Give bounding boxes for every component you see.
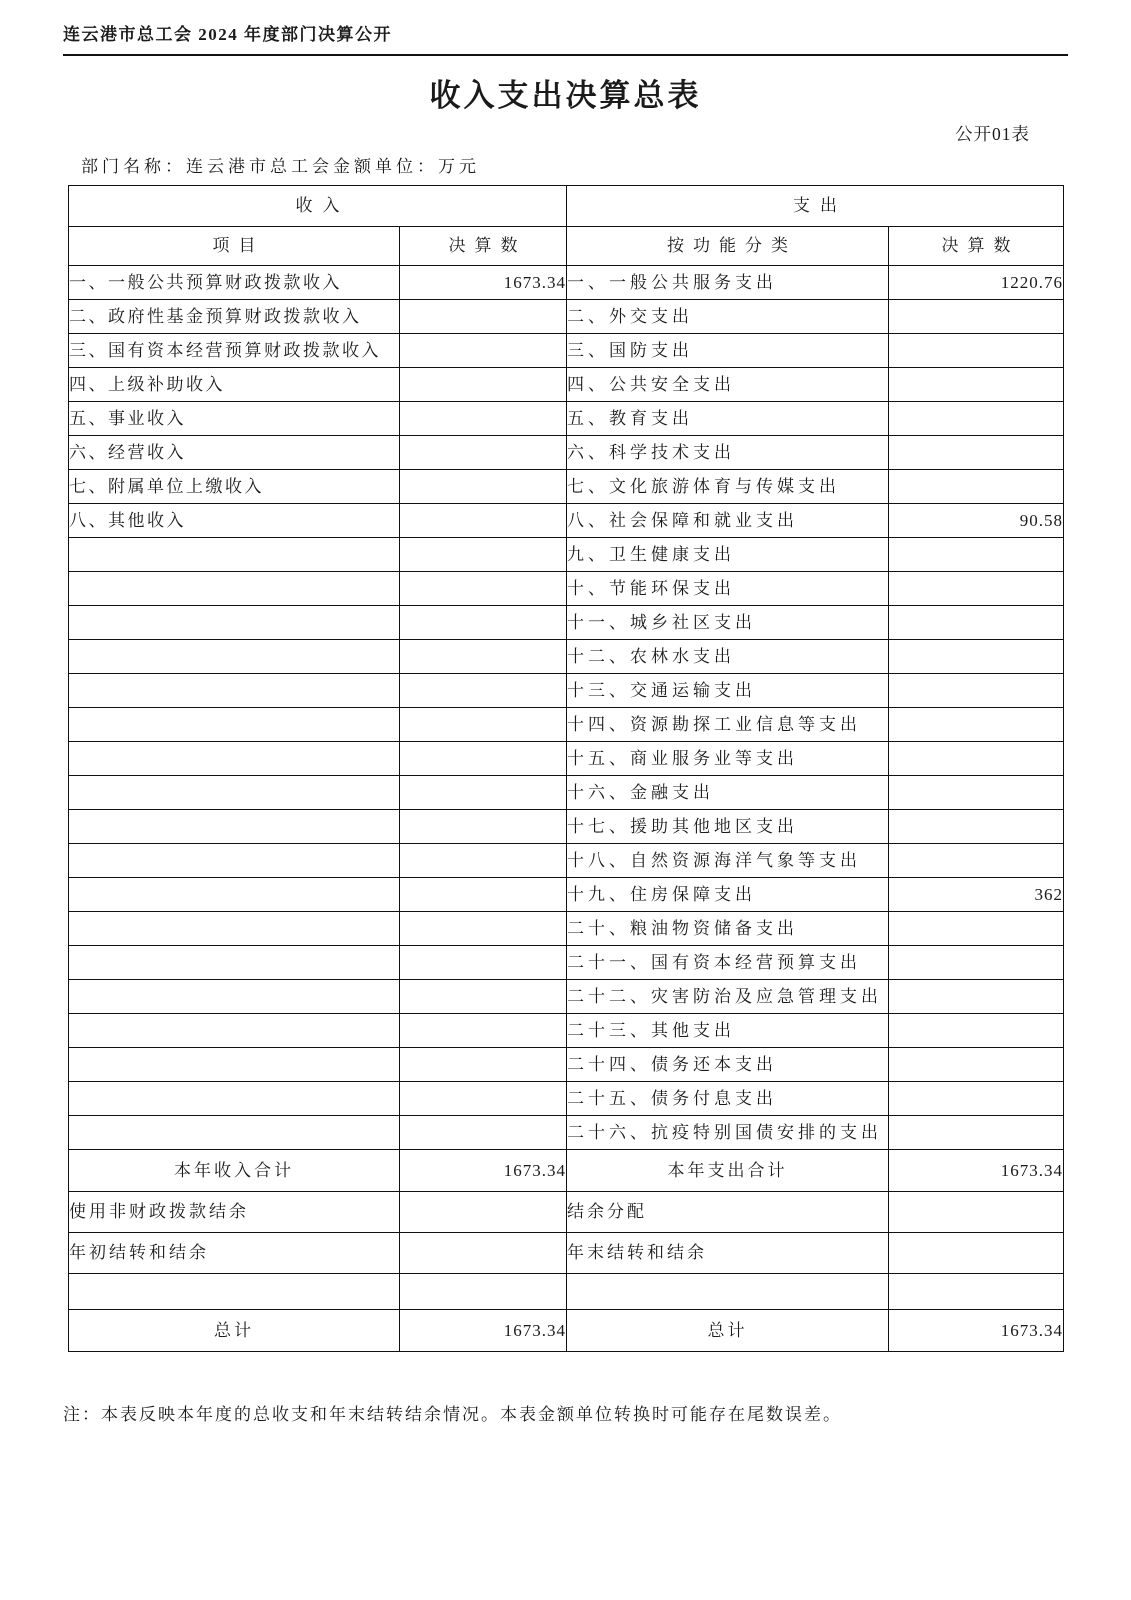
grand-total-expense-label: 总计 [567, 1310, 889, 1352]
table-row: 十六、金融支出 [69, 776, 1064, 810]
expense-item-cell: 十四、资源勘探工业信息等支出 [567, 708, 889, 742]
table-totals: 本年收入合计 1673.34 本年支出合计 1673.34 使用非财政拨款结余 … [69, 1150, 1064, 1352]
surplus-allocation-value [889, 1192, 1064, 1233]
expense-value-cell [889, 1014, 1064, 1048]
income-value-cell [400, 572, 567, 606]
expense-item-cell: 二十二、灾害防治及应急管理支出 [567, 980, 889, 1014]
income-item-cell: 四、上级补助收入 [69, 368, 400, 402]
expense-item-cell: 十七、援助其他地区支出 [567, 810, 889, 844]
expense-item-cell: 七、文化旅游体育与传媒支出 [567, 470, 889, 504]
table-number: 公开01表 [955, 121, 1030, 146]
income-value-cell: 1673.34 [400, 266, 567, 300]
expense-value-cell [889, 572, 1064, 606]
expense-item-cell: 十九、住房保障支出 [567, 878, 889, 912]
expense-total-value: 1673.34 [889, 1150, 1064, 1192]
page-header-text: 连云港市总工会 2024 年度部门决算公开 [63, 25, 392, 44]
table-row: 十一、城乡社区支出 [69, 606, 1064, 640]
table-row: 十八、自然资源海洋气象等支出 [69, 844, 1064, 878]
table-row: 二十五、债务付息支出 [69, 1082, 1064, 1116]
begin-balance-value [400, 1233, 567, 1274]
begin-balance-label: 年初结转和结余 [69, 1233, 400, 1274]
income-item-cell [69, 878, 400, 912]
expense-item-cell: 十五、商业服务业等支出 [567, 742, 889, 776]
expense-item-cell: 三、国防支出 [567, 334, 889, 368]
table-row: 十四、资源勘探工业信息等支出 [69, 708, 1064, 742]
expense-value-cell [889, 402, 1064, 436]
expense-value-cell [889, 980, 1064, 1014]
income-value-cell [400, 402, 567, 436]
expense-value-cell [889, 1116, 1064, 1150]
expense-item-cell: 十八、自然资源海洋气象等支出 [567, 844, 889, 878]
income-value-cell [400, 776, 567, 810]
footnote: 注：本表反映本年度的总收支和年末结转结余情况。本表金额单位转换时可能存在尾数误差… [63, 1400, 1073, 1425]
income-item-cell [69, 708, 400, 742]
income-item-cell: 三、国有资本经营预算财政拨款收入 [69, 334, 400, 368]
expense-value-cell: 362 [889, 878, 1064, 912]
annual-total-row: 本年收入合计 1673.34 本年支出合计 1673.34 [69, 1150, 1064, 1192]
non-fiscal-surplus-value [400, 1192, 567, 1233]
income-item-cell [69, 606, 400, 640]
table-body: 一、一般公共预算财政拨款收入1673.34一、一般公共服务支出1220.76二、… [69, 266, 1064, 1150]
col-header-income-value: 决算数 [400, 227, 567, 266]
table-row: 二十六、抗疫特别国债安排的支出 [69, 1116, 1064, 1150]
page-header: 连云港市总工会 2024 年度部门决算公开 [63, 20, 1068, 56]
income-item-cell [69, 640, 400, 674]
income-value-cell [400, 946, 567, 980]
table-row: 十、节能环保支出 [69, 572, 1064, 606]
expense-item-cell: 二、外交支出 [567, 300, 889, 334]
income-value-cell [400, 1082, 567, 1116]
section-header-row: 收入 支出 [69, 186, 1064, 227]
expense-value-cell [889, 1048, 1064, 1082]
table-row: 四、上级补助收入四、公共安全支出 [69, 368, 1064, 402]
expense-value-cell [889, 708, 1064, 742]
empty-cell [400, 1274, 567, 1310]
table-row: 二十三、其他支出 [69, 1014, 1064, 1048]
table-row: 五、事业收入五、教育支出 [69, 402, 1064, 436]
surplus-row: 使用非财政拨款结余 结余分配 [69, 1192, 1064, 1233]
table-row: 八、其他收入八、社会保障和就业支出90.58 [69, 504, 1064, 538]
empty-cell [69, 1274, 400, 1310]
expense-value-cell [889, 946, 1064, 980]
income-value-cell [400, 640, 567, 674]
income-value-cell [400, 844, 567, 878]
expense-item-cell: 二十六、抗疫特别国债安排的支出 [567, 1116, 889, 1150]
expense-item-cell: 二十五、债务付息支出 [567, 1082, 889, 1116]
income-item-cell [69, 844, 400, 878]
expense-value-cell [889, 810, 1064, 844]
expense-item-cell: 十二、农林水支出 [567, 640, 889, 674]
income-total-label: 本年收入合计 [69, 1150, 400, 1192]
expense-value-cell [889, 912, 1064, 946]
income-value-cell [400, 810, 567, 844]
income-value-cell [400, 1014, 567, 1048]
non-fiscal-surplus-label: 使用非财政拨款结余 [69, 1192, 400, 1233]
grand-total-expense-value: 1673.34 [889, 1310, 1064, 1352]
balance-row: 年初结转和结余 年末结转和结余 [69, 1233, 1064, 1274]
income-item-cell: 五、事业收入 [69, 402, 400, 436]
expense-value-cell [889, 1082, 1064, 1116]
income-item-cell: 二、政府性基金预算财政拨款收入 [69, 300, 400, 334]
income-item-cell [69, 810, 400, 844]
col-header-expense-value: 决算数 [889, 227, 1064, 266]
table-row: 十二、农林水支出 [69, 640, 1064, 674]
income-item-cell: 六、经营收入 [69, 436, 400, 470]
expense-value-cell [889, 470, 1064, 504]
income-item-cell [69, 742, 400, 776]
expense-value-cell [889, 368, 1064, 402]
end-balance-value [889, 1233, 1064, 1274]
expense-item-cell: 二十一、国有资本经营预算支出 [567, 946, 889, 980]
income-value-cell [400, 470, 567, 504]
expense-item-cell: 八、社会保障和就业支出 [567, 504, 889, 538]
expense-value-cell [889, 436, 1064, 470]
expense-total-label: 本年支出合计 [567, 1150, 889, 1192]
grand-total-income-label: 总计 [69, 1310, 400, 1352]
expense-value-cell [889, 538, 1064, 572]
column-header-row: 项目 决算数 按功能分类 决算数 [69, 227, 1064, 266]
expense-value-cell [889, 334, 1064, 368]
income-item-cell [69, 1082, 400, 1116]
income-value-cell [400, 334, 567, 368]
expense-value-cell: 90.58 [889, 504, 1064, 538]
table-row: 一、一般公共预算财政拨款收入1673.34一、一般公共服务支出1220.76 [69, 266, 1064, 300]
expense-item-cell: 十六、金融支出 [567, 776, 889, 810]
expense-item-cell: 四、公共安全支出 [567, 368, 889, 402]
expense-item-cell: 二十四、债务还本支出 [567, 1048, 889, 1082]
grand-total-row: 总计 1673.34 总计 1673.34 [69, 1310, 1064, 1352]
income-item-cell [69, 776, 400, 810]
income-item-cell [69, 674, 400, 708]
table-row: 三、国有资本经营预算财政拨款收入三、国防支出 [69, 334, 1064, 368]
table-row: 九、卫生健康支出 [69, 538, 1064, 572]
expense-value-cell [889, 844, 1064, 878]
income-value-cell [400, 742, 567, 776]
expense-item-cell: 十一、城乡社区支出 [567, 606, 889, 640]
table-row: 十七、援助其他地区支出 [69, 810, 1064, 844]
income-item-cell: 八、其他收入 [69, 504, 400, 538]
expense-value-cell [889, 674, 1064, 708]
income-value-cell [400, 674, 567, 708]
expense-item-cell: 一、一般公共服务支出 [567, 266, 889, 300]
income-value-cell [400, 368, 567, 402]
spacer-row [69, 1274, 1064, 1310]
income-value-cell [400, 606, 567, 640]
income-value-cell [400, 504, 567, 538]
expense-value-cell [889, 606, 1064, 640]
income-item-cell [69, 1014, 400, 1048]
table-row: 六、经营收入六、科学技术支出 [69, 436, 1064, 470]
income-item-cell [69, 912, 400, 946]
expense-item-cell: 十三、交通运输支出 [567, 674, 889, 708]
table-row: 十三、交通运输支出 [69, 674, 1064, 708]
expense-item-cell: 十、节能环保支出 [567, 572, 889, 606]
income-item-cell: 一、一般公共预算财政拨款收入 [69, 266, 400, 300]
page-title: 收入支出决算总表 [0, 70, 1131, 115]
budget-summary-table: 收入 支出 项目 决算数 按功能分类 决算数 一、一般公共预算财政拨款收入167… [68, 185, 1064, 1352]
income-item-cell: 七、附属单位上缴收入 [69, 470, 400, 504]
income-value-cell [400, 980, 567, 1014]
table-row: 七、附属单位上缴收入七、文化旅游体育与传媒支出 [69, 470, 1064, 504]
expense-item-cell: 五、教育支出 [567, 402, 889, 436]
end-balance-label: 年末结转和结余 [567, 1233, 889, 1274]
department-unit-line: 部门名称：连云港市总工会金额单位：万元 [81, 152, 480, 177]
income-item-cell [69, 538, 400, 572]
income-value-cell [400, 538, 567, 572]
empty-cell [567, 1274, 889, 1310]
empty-cell [889, 1274, 1064, 1310]
col-header-function: 按功能分类 [567, 227, 889, 266]
income-total-value: 1673.34 [400, 1150, 567, 1192]
expense-item-cell: 二十三、其他支出 [567, 1014, 889, 1048]
table-row: 十九、住房保障支出362 [69, 878, 1064, 912]
income-value-cell [400, 1048, 567, 1082]
income-value-cell [400, 1116, 567, 1150]
expense-value-cell [889, 776, 1064, 810]
col-header-item: 项目 [69, 227, 400, 266]
table-head: 收入 支出 项目 决算数 按功能分类 决算数 [69, 186, 1064, 266]
table-row: 二十、粮油物资储备支出 [69, 912, 1064, 946]
income-item-cell [69, 980, 400, 1014]
expense-section-header: 支出 [567, 186, 1064, 227]
table-row: 二、政府性基金预算财政拨款收入二、外交支出 [69, 300, 1064, 334]
table-row: 二十四、债务还本支出 [69, 1048, 1064, 1082]
grand-total-income-value: 1673.34 [400, 1310, 567, 1352]
expense-item-cell: 六、科学技术支出 [567, 436, 889, 470]
income-item-cell [69, 572, 400, 606]
surplus-allocation-label: 结余分配 [567, 1192, 889, 1233]
expense-value-cell [889, 742, 1064, 776]
income-item-cell [69, 1116, 400, 1150]
income-value-cell [400, 912, 567, 946]
income-section-header: 收入 [69, 186, 567, 227]
income-value-cell [400, 300, 567, 334]
expense-value-cell: 1220.76 [889, 266, 1064, 300]
income-item-cell [69, 1048, 400, 1082]
document-page: 连云港市总工会 2024 年度部门决算公开 收入支出决算总表 公开01表 部门名… [0, 0, 1131, 1600]
income-value-cell [400, 878, 567, 912]
expense-value-cell [889, 640, 1064, 674]
expense-item-cell: 九、卫生健康支出 [567, 538, 889, 572]
expense-item-cell: 二十、粮油物资储备支出 [567, 912, 889, 946]
table-row: 二十一、国有资本经营预算支出 [69, 946, 1064, 980]
table-row: 十五、商业服务业等支出 [69, 742, 1064, 776]
table-row: 二十二、灾害防治及应急管理支出 [69, 980, 1064, 1014]
income-value-cell [400, 708, 567, 742]
income-value-cell [400, 436, 567, 470]
expense-value-cell [889, 300, 1064, 334]
income-item-cell [69, 946, 400, 980]
